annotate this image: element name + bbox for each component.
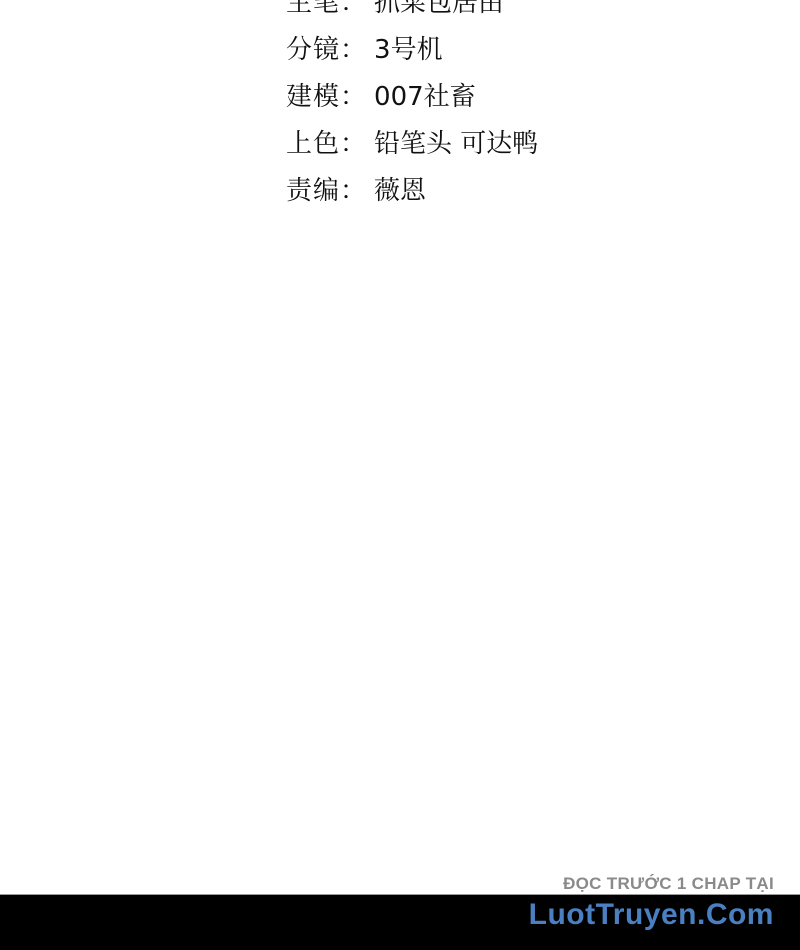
credit-separator: ： (340, 176, 366, 206)
credit-name: 3号机 (374, 35, 443, 65)
credit-separator: ： (340, 0, 366, 18)
credit-separator: ： (340, 35, 366, 65)
credit-name: 抓菜包居由 (374, 0, 504, 18)
watermark-tagline: ĐỌC TRƯỚC 1 CHAP TẠI (563, 874, 774, 894)
credit-line-storyboard: 分镜：3号机 (286, 27, 538, 74)
credit-separator: ： (340, 82, 366, 112)
credit-name: 007社畜 (374, 82, 476, 112)
credit-separator: ： (340, 129, 366, 159)
credit-role: 上色 (286, 129, 340, 159)
credit-role: 分镜 (286, 35, 340, 65)
credit-name: 铅笔头 可达鸭 (374, 129, 538, 159)
credit-line-editor: 责编：薇恩 (286, 168, 538, 215)
credit-name: 薇恩 (374, 176, 426, 206)
credit-role: 建模 (286, 82, 340, 112)
credits-list: 主笔：抓菜包居由 分镜：3号机 建模：007社畜 上色：铅笔头 可达鸭 责编：薇… (286, 0, 538, 215)
watermark-site-link[interactable]: LuotTruyen.Com (529, 898, 774, 932)
credit-role: 责编 (286, 176, 340, 206)
credit-role: 主笔 (286, 0, 340, 18)
credit-line-modeling: 建模：007社畜 (286, 74, 538, 121)
credit-line-coloring: 上色：铅笔头 可达鸭 (286, 121, 538, 168)
credit-line-lead-artist: 主笔：抓菜包居由 (286, 0, 538, 27)
